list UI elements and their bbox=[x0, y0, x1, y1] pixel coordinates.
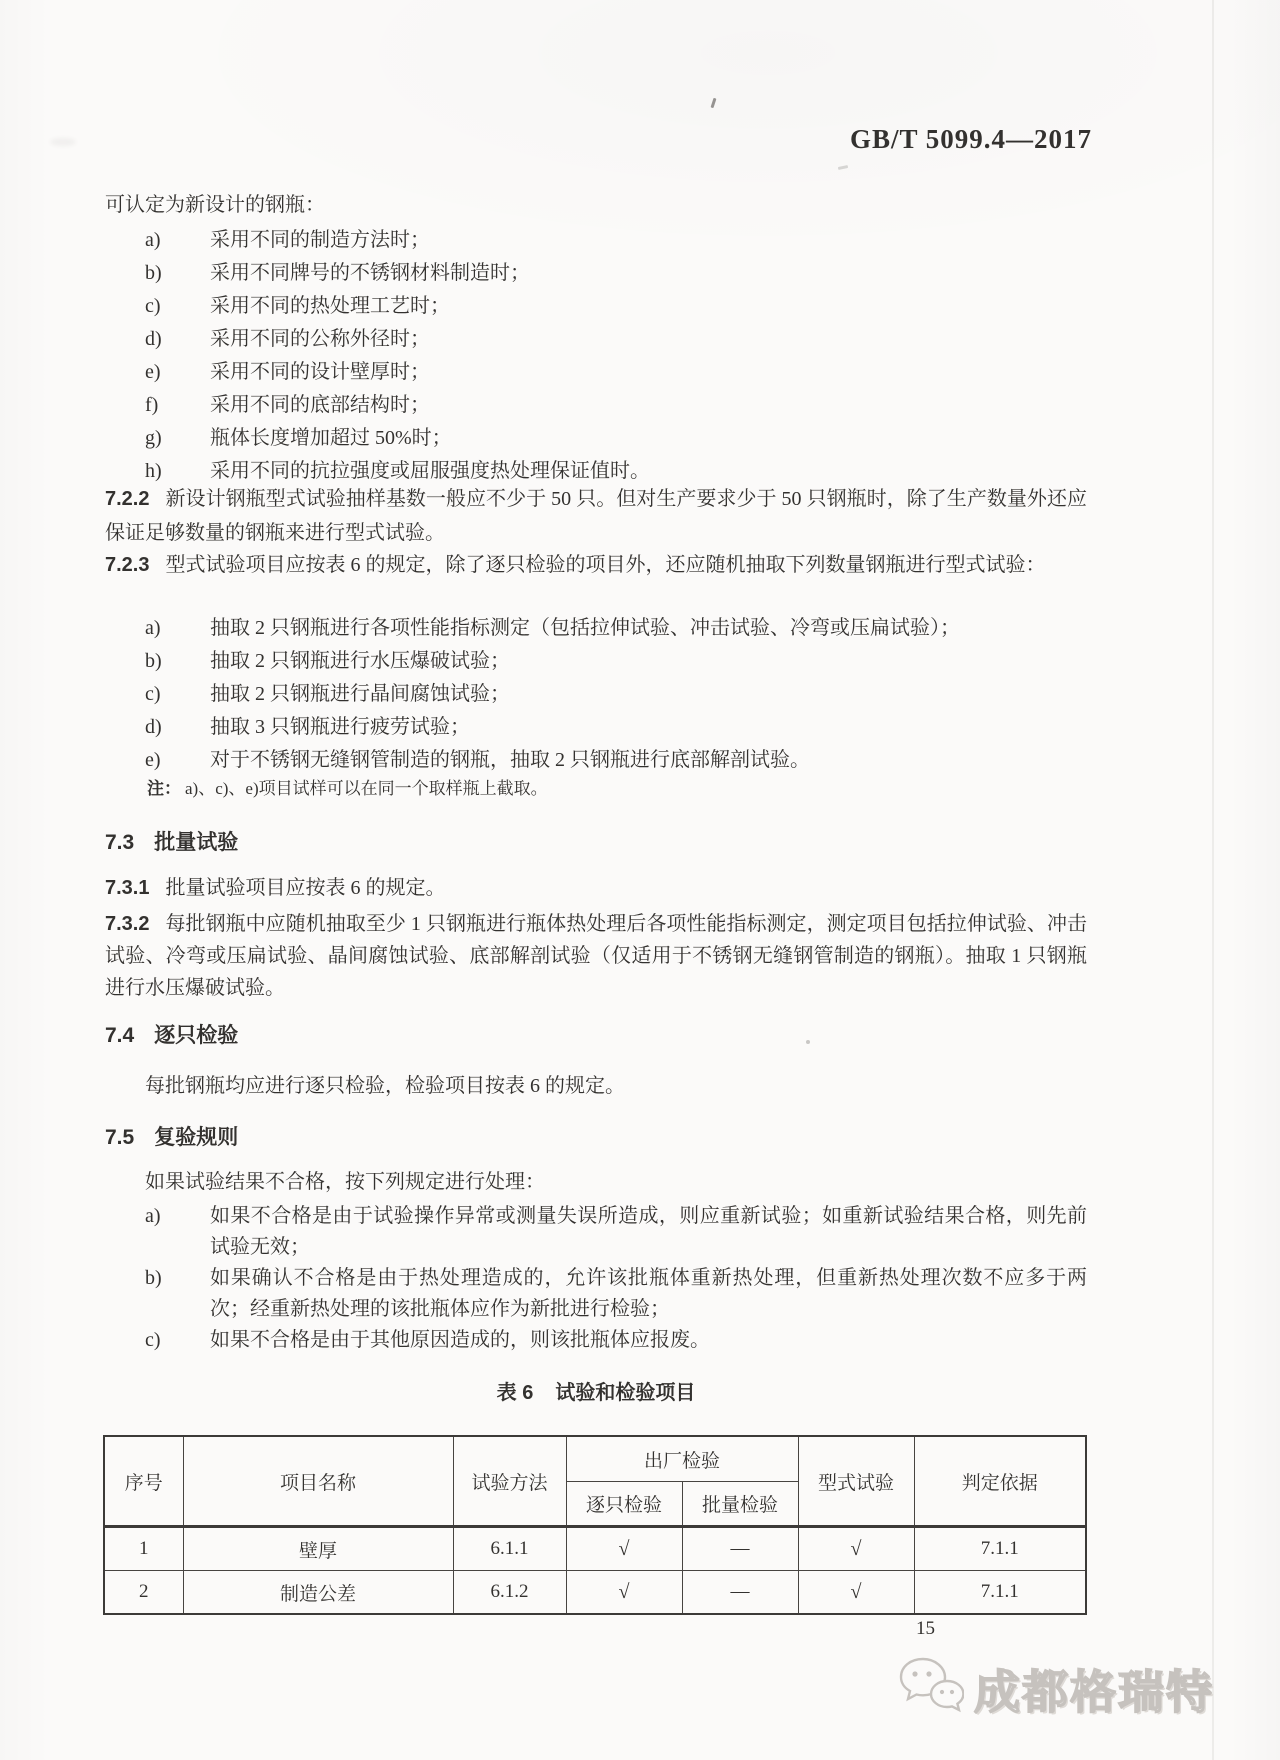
cell-method: 6.1.1 bbox=[453, 1527, 566, 1571]
list-item-label: b) bbox=[145, 645, 210, 678]
cell-type: √ bbox=[798, 1527, 914, 1571]
scan-artifact-line bbox=[1212, 0, 1214, 1760]
list-item-text: 抽取 2 只钢瓶进行水压爆破试验； bbox=[210, 645, 1087, 678]
list-item-text: 对于不锈钢无缝钢管制造的钢瓶，抽取 2 只钢瓶进行底部解剖试验。 bbox=[210, 744, 1087, 777]
scanned-document-page: GB/T 5099.4—2017 可认定为新设计的钢瓶： a)采用不同的制造方法… bbox=[0, 0, 1280, 1760]
scan-speck bbox=[806, 1040, 810, 1044]
clause-7-3-2: 7.3.2每批钢瓶中应随机抽取至少 1 只钢瓶进行瓶体热处理后各项性能指标测定，… bbox=[105, 908, 1087, 1004]
list-item-label: c) bbox=[145, 290, 210, 323]
standard-code-header: GB/T 5099.4—2017 bbox=[850, 124, 1092, 155]
watermark-text: 成都格瑞特 bbox=[974, 1656, 1214, 1722]
cell-individual: √ bbox=[566, 1571, 682, 1615]
list-item-text: 如果确认不合格是由于热处理造成的，允许该批瓶体重新热处理，但重新热处理次数不应多… bbox=[210, 1263, 1087, 1325]
heading-title: 批量试验 bbox=[154, 831, 238, 854]
list-item-label: f) bbox=[145, 389, 210, 422]
table-row: 2 制造公差 6.1.2 √ — √ 7.1.1 bbox=[104, 1571, 1086, 1615]
clause-number: 7.3.2 bbox=[105, 913, 149, 935]
para-7-5-lead: 如果试验结果不合格，按下列规定进行处理： bbox=[145, 1166, 1085, 1199]
list-item: d)采用不同的公称外径时； bbox=[105, 323, 1087, 356]
heading-title: 复验规则 bbox=[154, 1126, 238, 1149]
new-design-list: a)采用不同的制造方法时； b)采用不同牌号的不锈钢材料制造时； c)采用不同的… bbox=[105, 224, 1087, 488]
cell-type: √ bbox=[798, 1571, 914, 1615]
scan-speck bbox=[838, 165, 848, 170]
cell-seq: 2 bbox=[104, 1571, 183, 1615]
note-text: a)、c)、e)项目试样可以在同一个取样瓶上截取。 bbox=[185, 779, 548, 798]
wechat-bubbles-icon bbox=[898, 1655, 964, 1722]
clause-7-2-3: 7.2.3型式试验项目应按表 6 的规定，除了逐只检验的项目外，还应随机抽取下列… bbox=[105, 548, 1087, 582]
list-item: e)对于不锈钢无缝钢管制造的钢瓶，抽取 2 只钢瓶进行底部解剖试验。 bbox=[105, 744, 1087, 777]
heading-number: 7.3 bbox=[105, 831, 134, 854]
heading-7-3: 7.3批量试验 bbox=[105, 826, 238, 856]
list-item-text: 瓶体长度增加超过 50%时； bbox=[210, 422, 1087, 455]
list-item-label: e) bbox=[145, 744, 210, 777]
clause-text: 每批钢瓶中应随机抽取至少 1 只钢瓶进行瓶体热处理后各项性能指标测定，测定项目包… bbox=[105, 913, 1087, 999]
col-header-basis: 判定依据 bbox=[914, 1436, 1086, 1527]
cell-batch: — bbox=[682, 1571, 798, 1615]
list-item: a)如果不合格是由于试验操作异常或测量失误所造成，则应重新试验；如重新试验结果合… bbox=[105, 1201, 1087, 1263]
para-7-4: 每批钢瓶均应进行逐只检验，检验项目按表 6 的规定。 bbox=[145, 1070, 1085, 1103]
table-caption-title: 试验和检验项目 bbox=[555, 1382, 695, 1404]
intro-lead: 可认定为新设计的钢瓶： bbox=[105, 188, 325, 217]
watermark: 成都格瑞特 bbox=[898, 1655, 1198, 1735]
list-item-label: e) bbox=[145, 356, 210, 389]
cell-basis: 7.1.1 bbox=[914, 1527, 1086, 1571]
list-item-label: d) bbox=[145, 711, 210, 744]
clause-text: 型式试验项目应按表 6 的规定，除了逐只检验的项目外，还应随机抽取下列数量钢瓶进… bbox=[165, 554, 1045, 576]
list-item-text: 抽取 2 只钢瓶进行各项性能指标测定（包括拉伸试验、冲击试验、冷弯或压扁试验）； bbox=[210, 612, 1087, 645]
list-item-text: 采用不同牌号的不锈钢材料制造时； bbox=[210, 257, 1087, 290]
cell-item: 制造公差 bbox=[183, 1571, 453, 1615]
cell-basis: 7.1.1 bbox=[914, 1571, 1086, 1615]
type-test-list: a)抽取 2 只钢瓶进行各项性能指标测定（包括拉伸试验、冲击试验、冷弯或压扁试验… bbox=[105, 612, 1087, 777]
clause-7-3-1: 7.3.1批量试验项目应按表 6 的规定。 bbox=[105, 871, 1087, 905]
list-item-text: 如果不合格是由于其他原因造成的，则该批瓶体应报废。 bbox=[210, 1325, 1087, 1356]
list-item: a)采用不同的制造方法时； bbox=[105, 224, 1087, 257]
clause-number: 7.2.3 bbox=[105, 554, 149, 576]
list-item-text: 采用不同的热处理工艺时； bbox=[210, 290, 1087, 323]
note: 注：a)、c)、e)项目试样可以在同一个取样瓶上截取。 bbox=[147, 777, 1087, 801]
list-item-label: a) bbox=[145, 1201, 210, 1263]
page-number: 15 bbox=[916, 1618, 935, 1640]
col-header-seq: 序号 bbox=[104, 1436, 183, 1527]
clause-text: 批量试验项目应按表 6 的规定。 bbox=[165, 877, 445, 899]
list-item: d)抽取 3 只钢瓶进行疲劳试验； bbox=[105, 711, 1087, 744]
cell-seq: 1 bbox=[104, 1527, 183, 1571]
list-item-text: 采用不同的制造方法时； bbox=[210, 224, 1087, 257]
list-item-label: c) bbox=[145, 678, 210, 711]
heading-title: 逐只检验 bbox=[154, 1024, 238, 1047]
test-inspection-table: 序号 项目名称 试验方法 出厂检验 型式试验 判定依据 逐只检验 批量检验 1 … bbox=[103, 1435, 1087, 1615]
list-item-label: a) bbox=[145, 612, 210, 645]
cell-item: 壁厚 bbox=[183, 1527, 453, 1571]
list-item: b)采用不同牌号的不锈钢材料制造时； bbox=[105, 257, 1087, 290]
clause-7-2-2: 7.2.2新设计钢瓶型式试验抽样基数一般应不少于 50 只。但对生产要求少于 5… bbox=[105, 482, 1087, 550]
table-caption-label: 表 6 bbox=[497, 1382, 534, 1404]
list-item-text: 如果不合格是由于试验操作异常或测量失误所造成，则应重新试验；如重新试验结果合格，… bbox=[210, 1201, 1087, 1263]
list-item-label: c) bbox=[145, 1325, 210, 1356]
list-item: e)采用不同的设计壁厚时； bbox=[105, 356, 1087, 389]
col-header-batch: 批量检验 bbox=[682, 1482, 798, 1527]
list-item-text: 采用不同的公称外径时； bbox=[210, 323, 1087, 356]
list-item: b)抽取 2 只钢瓶进行水压爆破试验； bbox=[105, 645, 1087, 678]
retest-list: a)如果不合格是由于试验操作异常或测量失误所造成，则应重新试验；如重新试验结果合… bbox=[105, 1201, 1087, 1356]
list-item-text: 采用不同的底部结构时； bbox=[210, 389, 1087, 422]
col-header-item: 项目名称 bbox=[183, 1436, 453, 1527]
list-item-label: d) bbox=[145, 323, 210, 356]
heading-number: 7.4 bbox=[105, 1024, 134, 1047]
col-header-individual: 逐只检验 bbox=[566, 1482, 682, 1527]
col-header-factory: 出厂检验 bbox=[566, 1436, 798, 1482]
list-item: g)瓶体长度增加超过 50%时； bbox=[105, 422, 1087, 455]
heading-7-4: 7.4逐只检验 bbox=[105, 1019, 238, 1049]
list-item-text: 抽取 2 只钢瓶进行晶间腐蚀试验； bbox=[210, 678, 1087, 711]
list-item-label: a) bbox=[145, 224, 210, 257]
list-item: a)抽取 2 只钢瓶进行各项性能指标测定（包括拉伸试验、冲击试验、冷弯或压扁试验… bbox=[105, 612, 1087, 645]
clause-number: 7.2.2 bbox=[105, 488, 149, 510]
list-item: b)如果确认不合格是由于热处理造成的，允许该批瓶体重新热处理，但重新热处理次数不… bbox=[105, 1263, 1087, 1325]
clause-number: 7.3.1 bbox=[105, 877, 149, 899]
col-header-type: 型式试验 bbox=[798, 1436, 914, 1527]
cell-individual: √ bbox=[566, 1527, 682, 1571]
list-item: c)抽取 2 只钢瓶进行晶间腐蚀试验； bbox=[105, 678, 1087, 711]
list-item: f)采用不同的底部结构时； bbox=[105, 389, 1087, 422]
cell-method: 6.1.2 bbox=[453, 1571, 566, 1615]
clause-text: 新设计钢瓶型式试验抽样基数一般应不少于 50 只。但对生产要求少于 50 只钢瓶… bbox=[105, 488, 1087, 544]
table-caption: 表 6试验和检验项目 bbox=[105, 1376, 1087, 1405]
table-row: 1 壁厚 6.1.1 √ — √ 7.1.1 bbox=[104, 1527, 1086, 1571]
col-header-method: 试验方法 bbox=[453, 1436, 566, 1527]
cell-batch: — bbox=[682, 1527, 798, 1571]
list-item: c)如果不合格是由于其他原因造成的，则该批瓶体应报废。 bbox=[105, 1325, 1087, 1356]
list-item-label: g) bbox=[145, 422, 210, 455]
heading-number: 7.5 bbox=[105, 1126, 134, 1149]
list-item-text: 抽取 3 只钢瓶进行疲劳试验； bbox=[210, 711, 1087, 744]
note-label: 注： bbox=[147, 779, 181, 798]
scan-speck bbox=[711, 98, 717, 108]
list-item: c)采用不同的热处理工艺时； bbox=[105, 290, 1087, 323]
list-item-label: b) bbox=[145, 257, 210, 290]
heading-7-5: 7.5复验规则 bbox=[105, 1121, 238, 1151]
scan-speck bbox=[50, 138, 76, 146]
list-item-text: 采用不同的设计壁厚时； bbox=[210, 356, 1087, 389]
list-item-label: b) bbox=[145, 1263, 210, 1325]
